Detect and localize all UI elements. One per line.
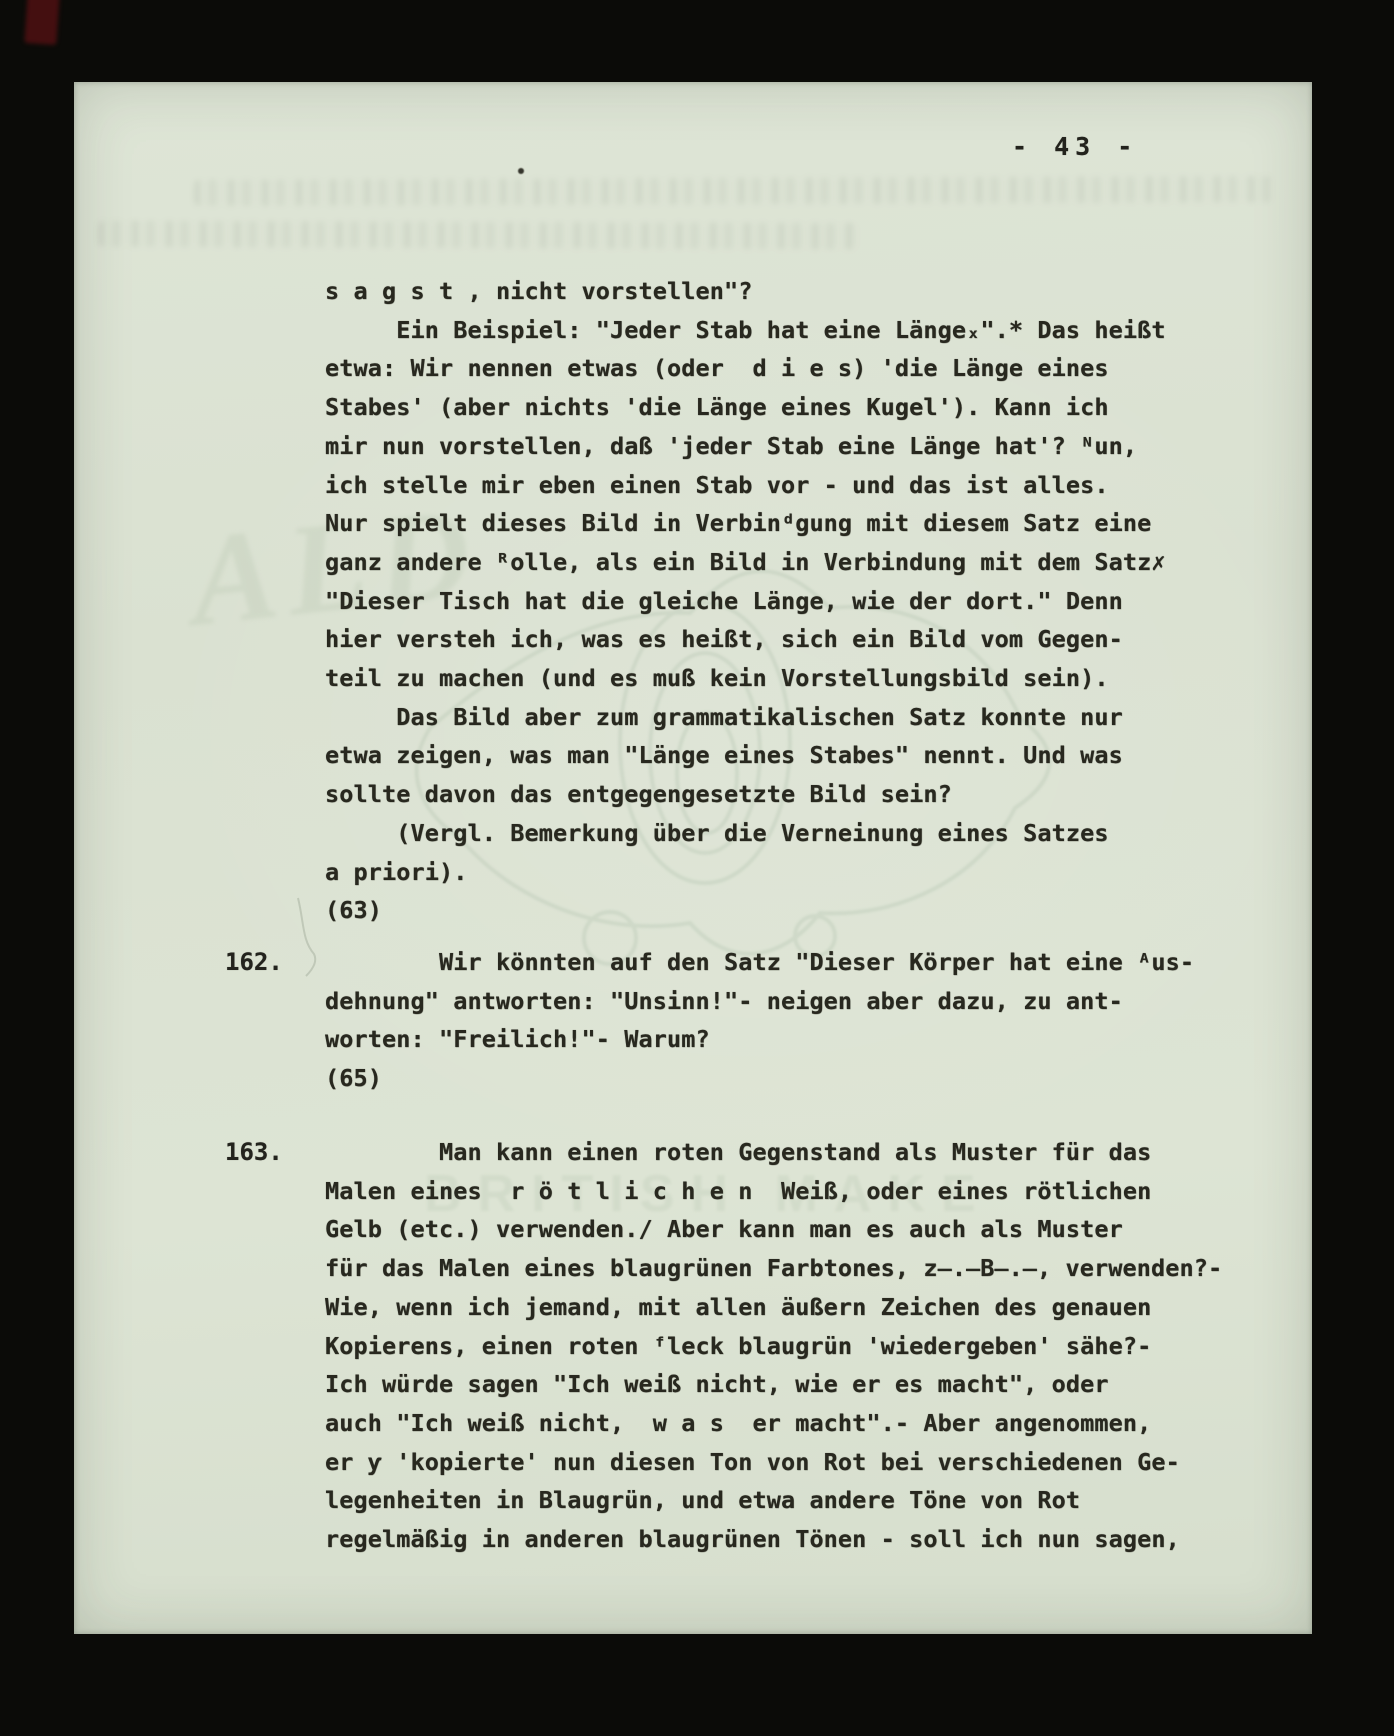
text-line: regelmäßig in anderen blaugrünen Tönen -…	[325, 1520, 1245, 1559]
text-line: (Vergl. Bemerkung über die Verneinung ei…	[325, 814, 1245, 853]
text-line: er ƴ 'kopierte' nun diesen Ton von Rot b…	[325, 1443, 1245, 1482]
text-line: Nur spielt dieses Bild in Verbinᵈgung mi…	[325, 504, 1245, 543]
document-page: ALD BRITISH MAKE - 43 - s a g s t , nich…	[74, 82, 1312, 1634]
text-line: s a g s t , nicht vorstellen"?	[325, 272, 1245, 311]
text-line: (63)	[325, 891, 1245, 930]
text-line: Malen eines r ö t l i c h e n Weiß, oder…	[325, 1172, 1245, 1211]
scan-background: { "page": { "number_label": "- 43 -", "c…	[0, 0, 1394, 1736]
ink-speck	[518, 168, 524, 174]
page-number: - 43 -	[1012, 132, 1138, 162]
typewritten-section-163: 163. Man kann einen roten Gegenstand als…	[325, 1133, 1245, 1559]
text-line: mir nun vorstellen, daß 'jeder Stab eine…	[325, 427, 1245, 466]
text-line: sollte davon das entgegengesetzte Bild s…	[325, 775, 1245, 814]
section-marker: 162.	[225, 943, 283, 982]
text-line: "Dieser Tisch hat die gleiche Länge, wie…	[325, 582, 1245, 621]
text-line: Kopierens, einen roten ᶠleck blaugrün 'w…	[325, 1327, 1245, 1366]
text-line: Ein Beispiel: "Jeder Stab hat eine Länge…	[325, 311, 1245, 350]
text-line: legenheiten in Blaugrün, und etwa andere…	[325, 1481, 1245, 1520]
text-line: ich stelle mir eben einen Stab vor - und…	[325, 466, 1245, 505]
text-line: Das Bild aber zum grammatikalischen Satz…	[325, 698, 1245, 737]
red-corner-mark	[24, 0, 59, 45]
text-line: Stabes' (aber nichts 'die Länge eines Ku…	[325, 388, 1245, 427]
text-line: auch "Ich weiß nicht, w a s er macht".- …	[325, 1404, 1245, 1443]
text-line: worten: "Freilich!"- Warum?	[325, 1020, 1245, 1059]
ghost-print-line	[98, 221, 858, 250]
text-line: a priori).	[325, 853, 1245, 892]
text-line: Ich würde sagen "Ich weiß nicht, wie er …	[325, 1365, 1245, 1404]
text-line: teil zu machen (und es muß kein Vorstell…	[325, 659, 1245, 698]
text-line: ganz andere ᴿolle, als ein Bild in Verbi…	[325, 543, 1245, 582]
text-line: etwa: Wir nennen etwas (oder d i e s) 'd…	[325, 349, 1245, 388]
typewritten-section-intro: s a g s t , nicht vorstellen"? Ein Beisp…	[325, 272, 1245, 930]
text-line: Wie, wenn ich jemand, mit allen äußern Z…	[325, 1288, 1245, 1327]
text-line: Man kann einen roten Gegenstand als Must…	[325, 1133, 1245, 1172]
ghost-print-line	[194, 176, 1274, 206]
text-line: (65)	[325, 1059, 1245, 1098]
text-line: dehnung" antworten: "Unsinn!"- neigen ab…	[325, 982, 1245, 1021]
text-line: Wir könnten auf den Satz "Dieser Körper …	[325, 943, 1245, 982]
text-line: hier versteh ich, was es heißt, sich ein…	[325, 620, 1245, 659]
section-marker: 163.	[225, 1133, 283, 1172]
text-line: für das Malen eines blaugrünen Farbtones…	[325, 1249, 1245, 1288]
text-line: etwa zeigen, was man "Länge eines Stabes…	[325, 736, 1245, 775]
text-line: Gelb (etc.) verwenden./ Aber kann man es…	[325, 1210, 1245, 1249]
typewritten-section-162: 162. Wir könnten auf den Satz "Dieser Kö…	[325, 943, 1245, 1098]
